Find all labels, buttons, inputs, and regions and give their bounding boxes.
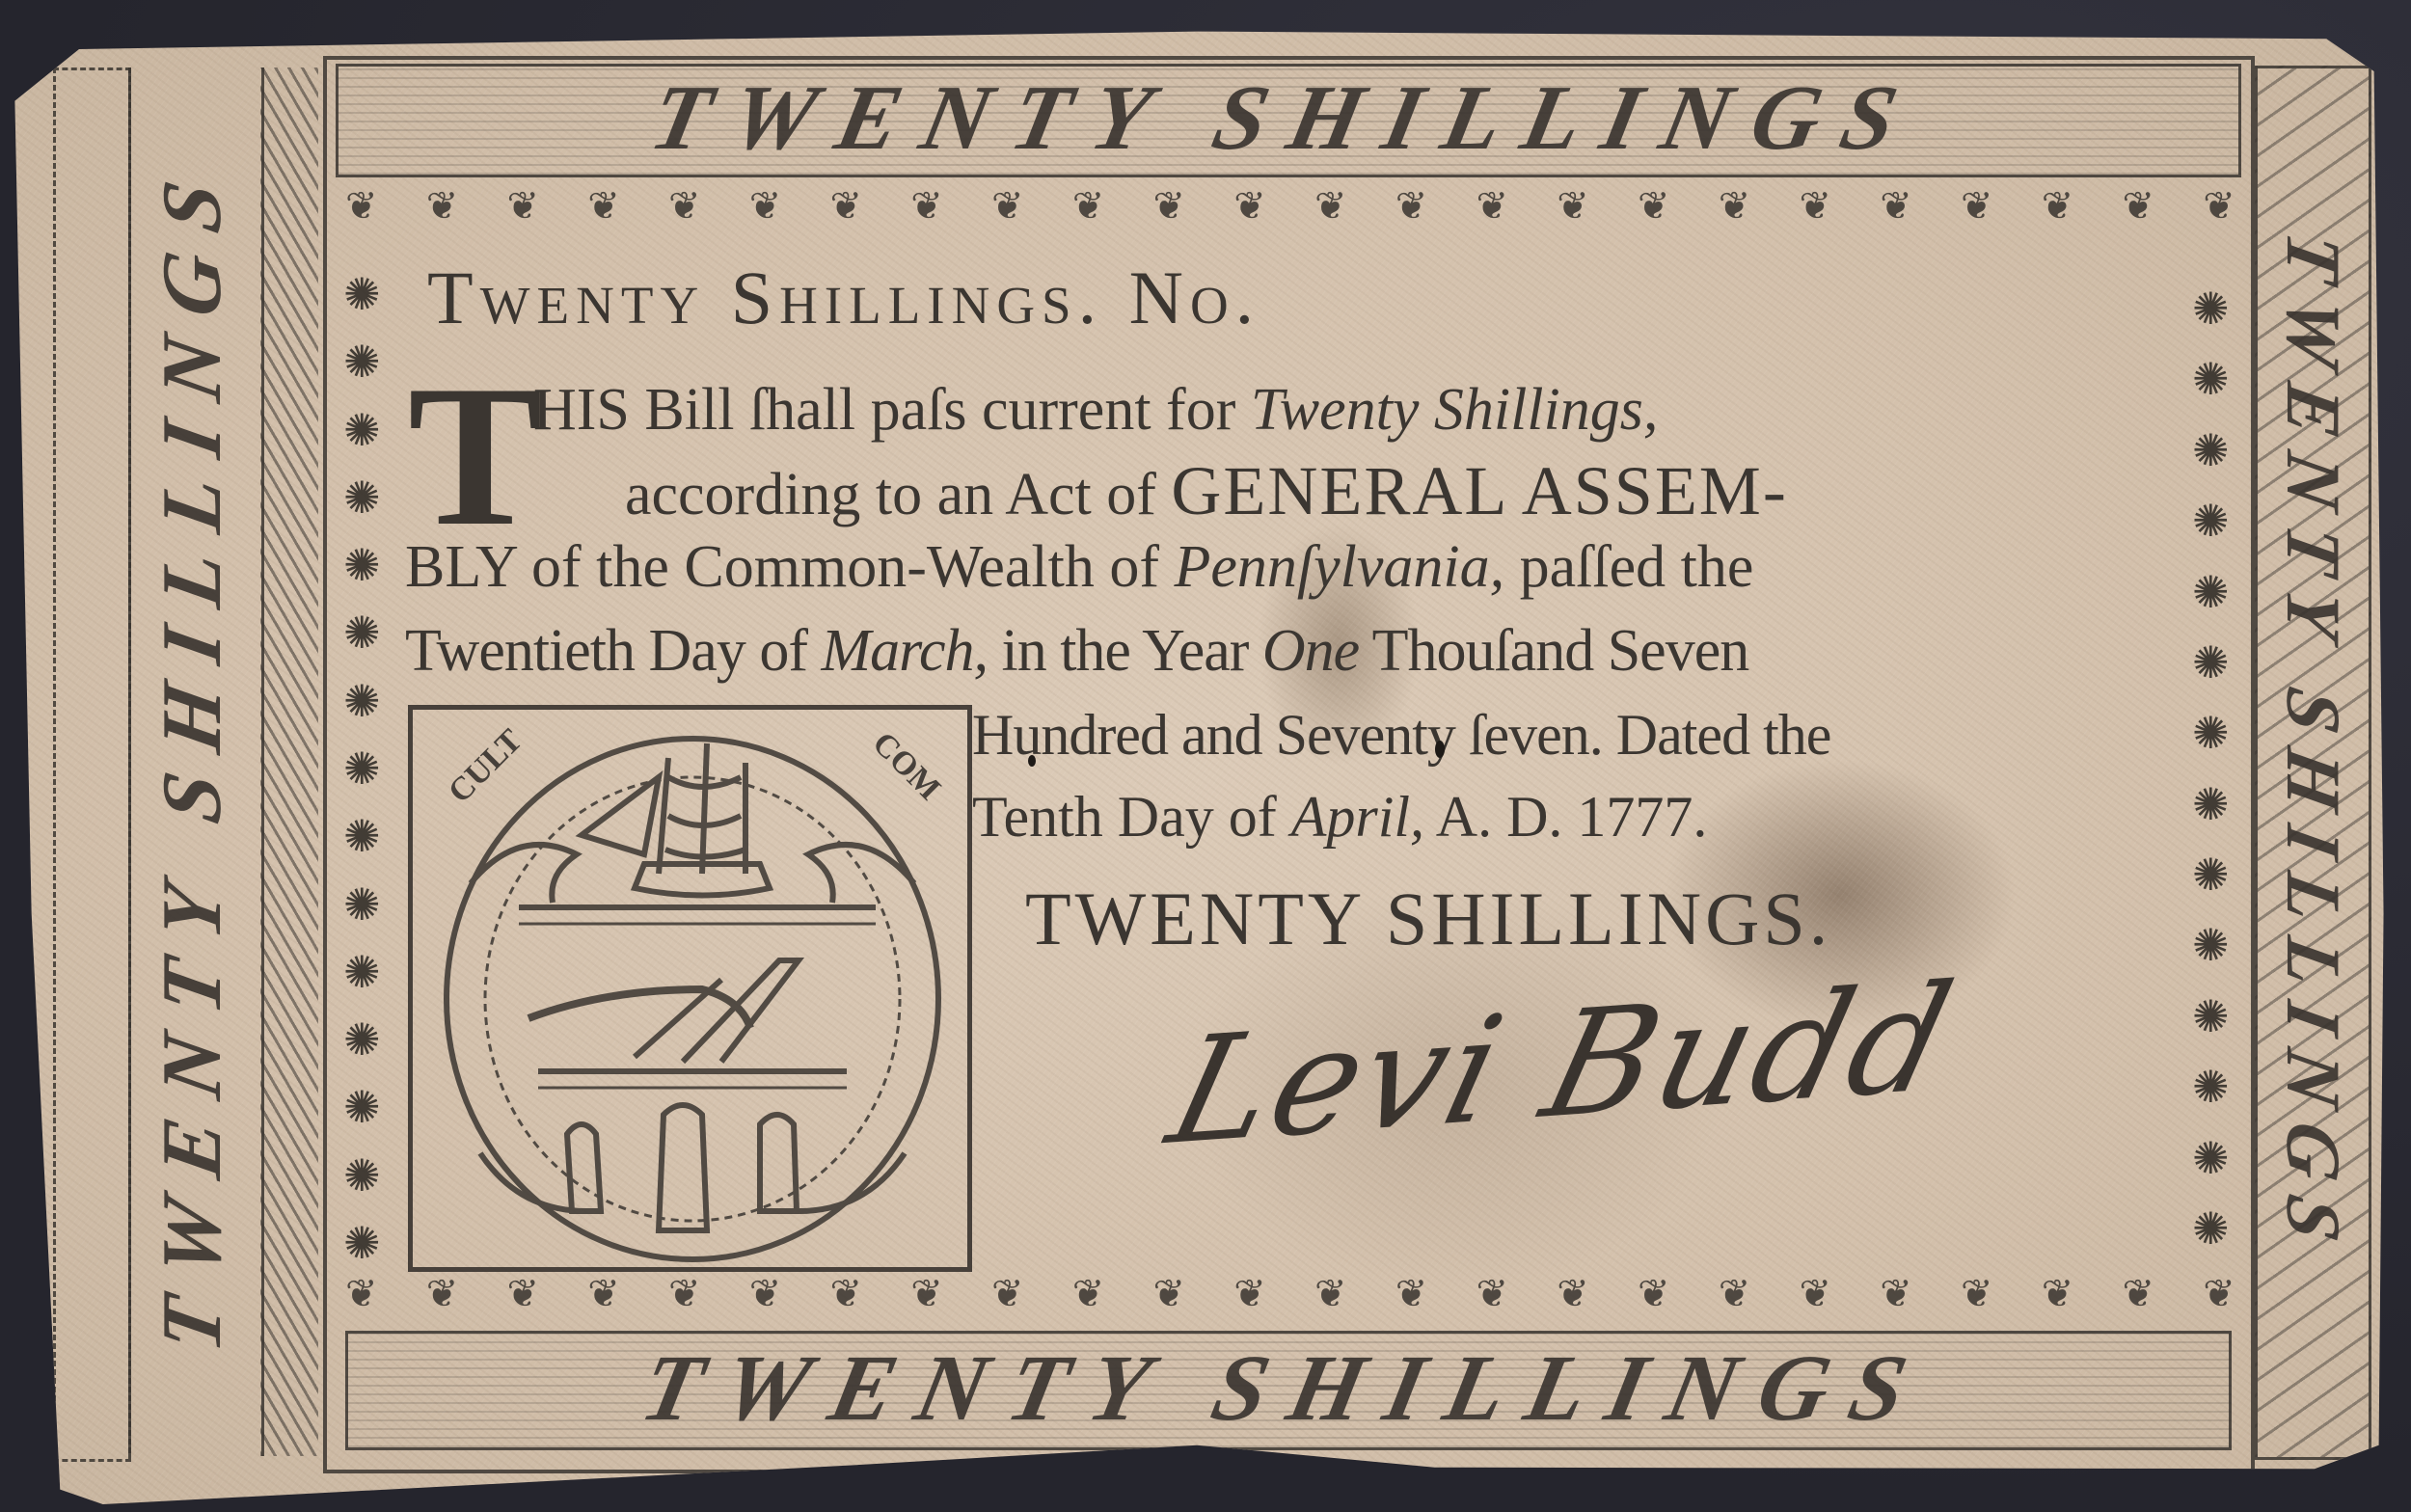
- star-icon: ✺: [2192, 783, 2230, 827]
- ornament-icon: ❦: [2203, 183, 2235, 229]
- star-icon: ✺: [343, 1222, 381, 1266]
- ornament-icon: ❦: [345, 183, 378, 229]
- ornament-icon: ❦: [426, 183, 459, 229]
- ornament-icon: ❦: [1638, 1271, 1670, 1316]
- ornament-icon: ❦: [749, 1271, 782, 1316]
- ornament-icon: ❦: [1233, 1271, 1266, 1316]
- ornament-icon: ❦: [1395, 1271, 1428, 1316]
- ornament-icon: ❦: [1880, 1271, 1912, 1316]
- text-line-1-a: HIS Bill ſhall paſs current for: [533, 377, 1251, 443]
- left-border-text: TWENTY SHILLINGS: [130, 50, 256, 1461]
- star-icon: ✺: [343, 680, 381, 724]
- ornament-icon: ❦: [1476, 183, 1509, 229]
- star-icon: ✺: [343, 409, 381, 453]
- ornament-icon: ❦: [507, 183, 540, 229]
- left-hatched-border: [260, 67, 318, 1456]
- text-line-2-caps: GENERAL ASSEM-: [1171, 452, 1787, 529]
- ornament-icon: ❦: [1233, 183, 1266, 229]
- star-icon: ✺: [343, 1154, 381, 1199]
- star-icon: ✺: [2192, 995, 2230, 1039]
- ornament-icon: ❦: [910, 1271, 943, 1316]
- pinhole: [1435, 741, 1445, 758]
- text-line-3: BLY of the Common-Wealth of Pennſylvania…: [405, 533, 1753, 602]
- star-icon: ✺: [343, 476, 381, 521]
- ornament-icon: ❦: [1072, 183, 1105, 229]
- text-line-5: Hundred and Seventy ſeven. Dated the: [972, 702, 1830, 769]
- ornament-icon: ❦: [426, 1271, 459, 1316]
- star-icon: ✺: [343, 747, 381, 792]
- ornament-icon: ❦: [749, 183, 782, 229]
- ornament-icon: ❦: [2123, 1271, 2155, 1316]
- star-icon: ✺: [2192, 924, 2230, 968]
- star-icon: ✺: [2192, 287, 2230, 332]
- text-line-6-b: A. D. 1777.: [1424, 785, 1707, 849]
- ornament-icon: ❦: [1314, 183, 1347, 229]
- ornament-icon: ❦: [1557, 183, 1589, 229]
- top-border-text: TWENTY SHILLINGS: [330, 67, 2241, 168]
- text-line-4: Twentieth Day of March, in the Year One …: [405, 617, 1748, 686]
- ornament-icon: ❦: [1072, 1271, 1105, 1316]
- ornament-icon: ❦: [1395, 183, 1428, 229]
- ornament-icon: ❦: [668, 183, 701, 229]
- seal-vignette: CULT COM: [408, 705, 972, 1272]
- ornament-icon: ❦: [1557, 1271, 1589, 1316]
- star-icon: ✺: [2192, 712, 2230, 756]
- star-icon: ✺: [2192, 1207, 2230, 1252]
- star-icon: ✺: [2192, 853, 2230, 898]
- ornament-icon: ❦: [345, 1271, 378, 1316]
- ornament-icon: ❦: [1961, 1271, 1993, 1316]
- left-star-column: ✺✺✺✺✺✺✺✺✺✺✺✺✺✺✺: [343, 273, 381, 1266]
- star-icon: ✺: [343, 1018, 381, 1063]
- star-icon: ✺: [2192, 641, 2230, 686]
- text-line-3-b: paſſed the: [1504, 534, 1753, 600]
- ornament-icon: ❦: [1880, 183, 1912, 229]
- star-icon: ✺: [343, 883, 381, 928]
- ornament-icon: ❦: [507, 1271, 540, 1316]
- ornament-icon: ❦: [587, 183, 620, 229]
- star-icon: ✺: [2192, 1066, 2230, 1110]
- text-line-6-italic: April,: [1291, 785, 1424, 849]
- ornament-icon: ❦: [1314, 1271, 1347, 1316]
- ornament-icon: ❦: [2042, 1271, 2074, 1316]
- star-icon: ✺: [343, 951, 381, 995]
- text-line-3-a: BLY of the Common-Wealth of: [405, 534, 1175, 600]
- star-icon: ✺: [2192, 358, 2230, 402]
- drop-cap: T: [408, 355, 543, 557]
- ornament-icon: ❦: [2042, 183, 2074, 229]
- text-line-4-b: in the Year: [988, 618, 1262, 684]
- star-icon: ✺: [2192, 571, 2230, 615]
- text-line-4-c: Thouſand Seven: [1359, 618, 1748, 684]
- headline: Twenty Shillings. No.: [427, 255, 1260, 341]
- text-line-1-italic: Twenty Shillings,: [1251, 377, 1659, 443]
- star-icon: ✺: [343, 340, 381, 385]
- bottom-border-text: TWENTY SHILLINGS: [339, 1336, 2233, 1441]
- ornament-icon: ❦: [1800, 183, 1832, 229]
- ornament-icon: ❦: [1638, 183, 1670, 229]
- star-icon: ✺: [343, 273, 381, 317]
- text-line-4-italic: March,: [821, 618, 988, 684]
- ornament-icon: ❦: [991, 183, 1024, 229]
- ornament-icon: ❦: [1153, 183, 1186, 229]
- ornament-icon: ❦: [991, 1271, 1024, 1316]
- text-line-6: Tenth Day of April, A. D. 1777.: [972, 784, 1707, 850]
- text-line-4-italic2: One: [1262, 618, 1359, 684]
- ornament-icon: ❦: [1476, 1271, 1509, 1316]
- ornament-icon: ❦: [1153, 1271, 1186, 1316]
- bottom-ornament-row: ❦❦❦❦❦❦❦❦❦❦❦❦❦❦❦❦❦❦❦❦❦❦❦❦: [345, 1271, 2235, 1316]
- star-icon: ✺: [343, 544, 381, 588]
- top-ornament-row: ❦❦❦❦❦❦❦❦❦❦❦❦❦❦❦❦❦❦❦❦❦❦❦❦: [345, 183, 2235, 229]
- text-line-1: HIS Bill ſhall paſs current for Twenty S…: [533, 376, 1658, 445]
- text-line-3-italic: Pennſylvania,: [1175, 534, 1505, 600]
- denomination: TWENTY SHILLINGS.: [1025, 876, 1831, 962]
- ornament-icon: ❦: [910, 183, 943, 229]
- ornament-icon: ❦: [830, 183, 863, 229]
- star-icon: ✺: [343, 1086, 381, 1130]
- right-star-column: ✺✺✺✺✺✺✺✺✺✺✺✺✺✺: [2192, 287, 2230, 1252]
- pinhole: [1028, 755, 1036, 767]
- text-line-4-a: Twentieth Day of: [405, 618, 821, 684]
- ornament-icon: ❦: [2123, 183, 2155, 229]
- text-line-6-a: Tenth Day of: [972, 785, 1291, 849]
- ornament-icon: ❦: [2203, 1271, 2235, 1316]
- right-border-text: TWENTY SHILLINGS: [2260, 41, 2366, 1448]
- left-outer-border: [53, 67, 131, 1462]
- ornament-icon: ❦: [587, 1271, 620, 1316]
- star-icon: ✺: [343, 611, 381, 656]
- text-line-2-a: according to an Act of: [625, 462, 1171, 527]
- text-line-2: according to an Act of GENERAL ASSEM-: [625, 451, 1788, 531]
- ornament-icon: ❦: [1719, 1271, 1751, 1316]
- star-icon: ✺: [2192, 499, 2230, 544]
- currency-note: TWENTY SHILLINGS TWENTY SHILLINGS TWENTY…: [8, 27, 2386, 1504]
- ornament-icon: ❦: [830, 1271, 863, 1316]
- star-icon: ✺: [2192, 1137, 2230, 1181]
- ornament-icon: ❦: [668, 1271, 701, 1316]
- star-icon: ✺: [343, 815, 381, 859]
- ornament-icon: ❦: [1961, 183, 1993, 229]
- ornament-icon: ❦: [1719, 183, 1751, 229]
- star-icon: ✺: [2192, 429, 2230, 473]
- seal-art: [413, 710, 967, 1267]
- ornament-icon: ❦: [1800, 1271, 1832, 1316]
